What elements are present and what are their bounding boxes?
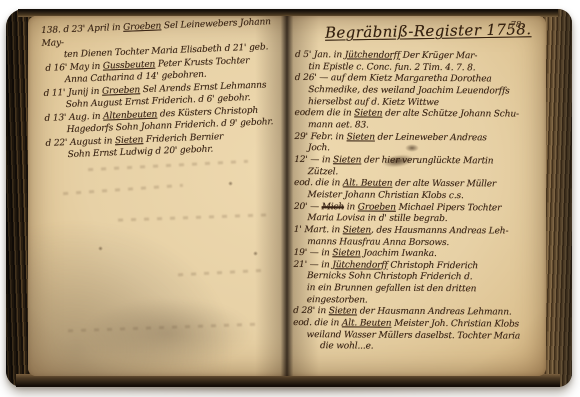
ink-speck xyxy=(98,246,103,251)
open-pages: 138. d 23' April in Groeben Sel Leineweb… xyxy=(28,16,546,376)
right-page-stack-edge xyxy=(542,9,572,387)
photo-canvas: { "meta": { "subject": "Open handwritten… xyxy=(0,0,580,397)
ink-speck xyxy=(253,251,258,256)
manuscript-line: 29' Febr. in Sieten der Leineweber Andre… xyxy=(294,132,541,145)
ink-bleedthrough xyxy=(118,213,268,221)
manuscript-line: die wohl...e. xyxy=(293,341,540,354)
left-page-entries: 138. d 23' April in Groeben Sel Leineweb… xyxy=(41,16,287,162)
right-page-entries: d 5' Jan. in Jütchendorff Der Krüger Mar… xyxy=(293,50,542,355)
ink-bleedthrough xyxy=(88,160,248,171)
ink-bleedthrough xyxy=(68,323,258,333)
page-smudge xyxy=(83,298,253,368)
right-page-header: Begräbniß-Register 1758. xyxy=(297,19,540,40)
ink-speck xyxy=(228,181,233,186)
ink-bleedthrough xyxy=(63,184,183,195)
right-page: Begräbniß-Register 1758. 78. d 5' Jan. i… xyxy=(287,16,546,376)
open-register-book: 138. d 23' April in Groeben Sel Leineweb… xyxy=(6,9,572,387)
ink-bleedthrough xyxy=(178,269,268,277)
folio-number: 78. xyxy=(510,20,524,30)
left-page: 138. d 23' April in Groeben Sel Leineweb… xyxy=(28,16,287,376)
page-title: Begräbniß-Register 1758. xyxy=(325,20,532,42)
